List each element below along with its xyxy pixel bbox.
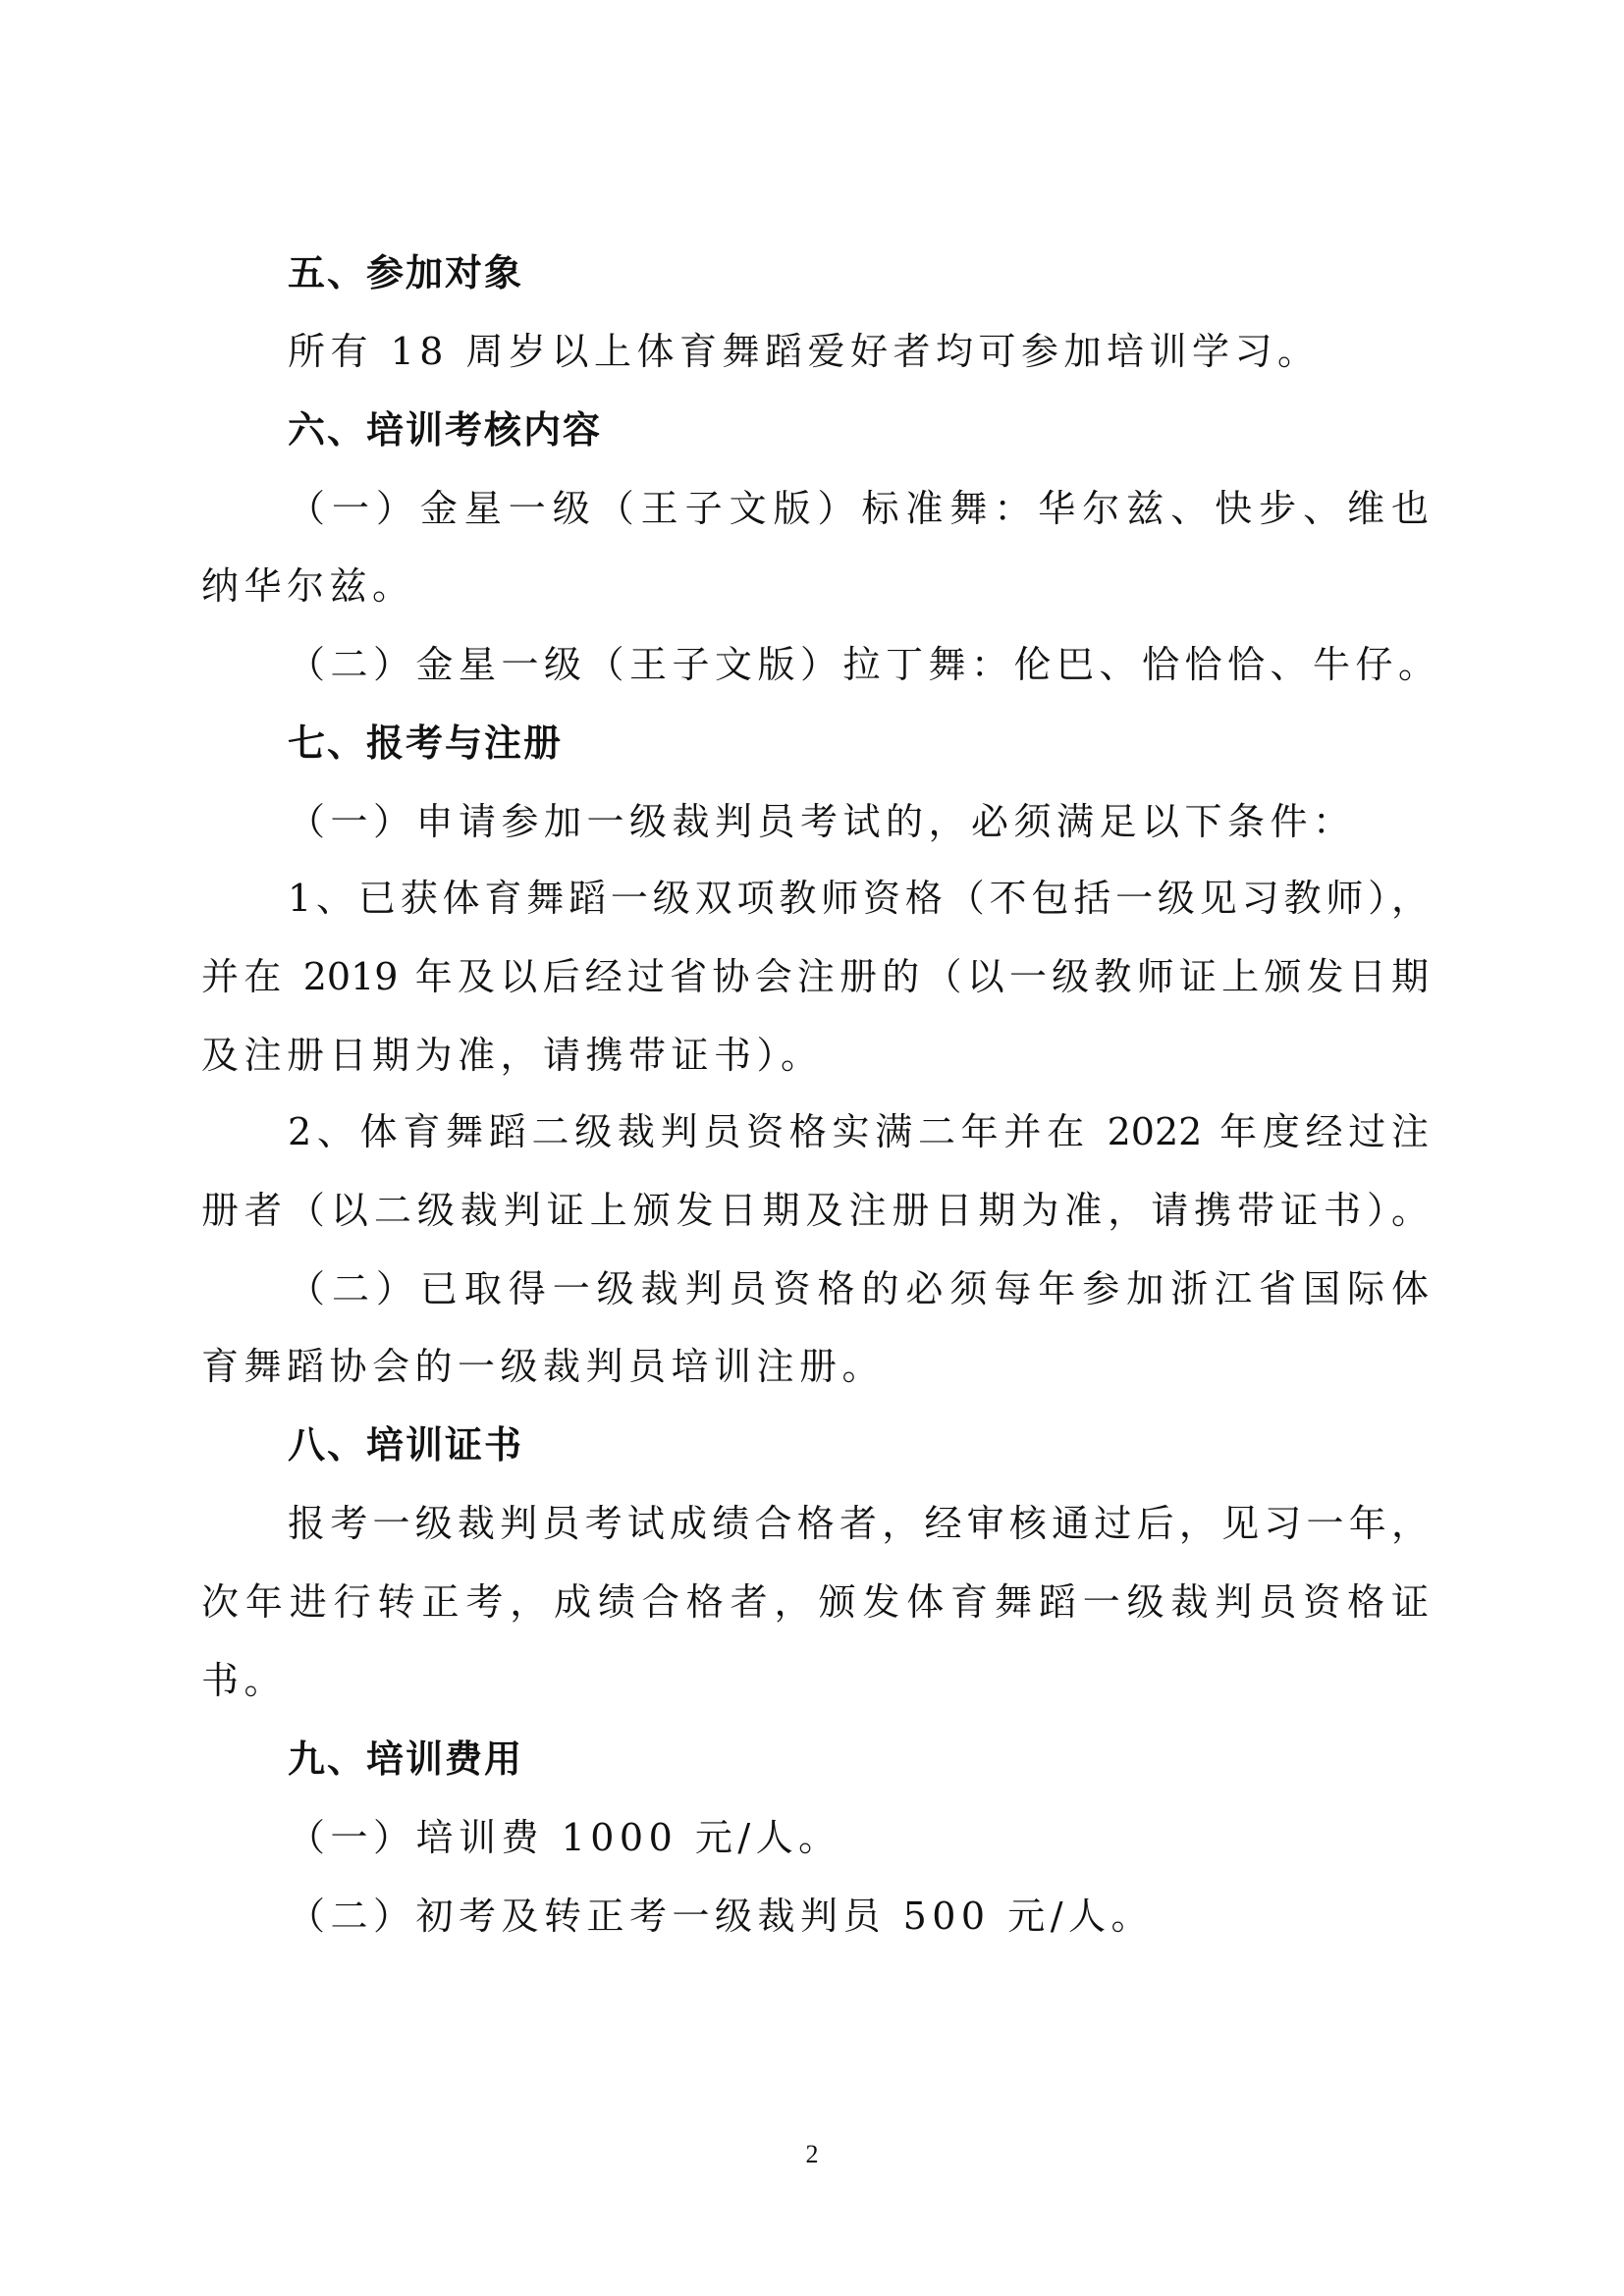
- paragraph-line: 2、体育舞蹈二级裁判员资格实满二年并在 2022 年度经过注: [288, 1107, 1429, 1156]
- paragraph-line: （一）金星一级（王子文版）标准舞：华尔兹、快步、维也: [288, 484, 1429, 533]
- paragraph-line: （一）申请参加一级裁判员考试的，必须满足以下条件：: [288, 797, 1515, 846]
- paragraph-line: 所有 18 周岁以上体育舞蹈爱好者均可参加培训学习。: [288, 327, 1515, 376]
- paragraph-line: 1、已获体育舞蹈一级双项教师资格（不包括一级见习教师），: [288, 874, 1429, 923]
- section-heading-fees: 九、培训费用: [288, 1735, 1515, 1784]
- paragraph-line: （二）已取得一级裁判员资格的必须每年参加浙江省国际体: [288, 1264, 1429, 1313]
- page-number: 2: [0, 2140, 1624, 2169]
- paragraph-line: （二）初考及转正考一级裁判员 500 元/人。: [288, 1892, 1515, 1941]
- section-heading-certificate: 八、培训证书: [288, 1420, 1515, 1469]
- paragraph-line: （二）金星一级（王子文版）拉丁舞：伦巴、恰恰恰、牛仔。: [288, 640, 1515, 689]
- document-page: 五、参加对象 所有 18 周岁以上体育舞蹈爱好者均可参加培训学习。 六、培训考核…: [0, 0, 1624, 2296]
- paragraph-line: 并在 2019 年及以后经过省协会注册的（以一级教师证上颁发日期: [201, 952, 1429, 1001]
- paragraph-line: 书。: [201, 1656, 1429, 1705]
- paragraph-line: （一）培训费 1000 元/人。: [288, 1813, 1515, 1862]
- paragraph-line: 报考一级裁判员考试成绩合格者，经审核通过后，见习一年，: [288, 1499, 1429, 1548]
- section-heading-participants: 五、参加对象: [288, 248, 1515, 297]
- paragraph-line: 次年进行转正考，成绩合格者，颁发体育舞蹈一级裁判员资格证: [201, 1577, 1429, 1627]
- paragraph-line: 纳华尔兹。: [201, 561, 1429, 611]
- paragraph-line: 育舞蹈协会的一级裁判员培训注册。: [201, 1342, 1429, 1391]
- paragraph-line: 及注册日期为准，请携带证书）。: [201, 1031, 1429, 1080]
- section-heading-training-content: 六、培训考核内容: [288, 405, 1515, 454]
- section-heading-registration: 七、报考与注册: [288, 719, 1515, 768]
- paragraph-line: 册者（以二级裁判证上颁发日期及注册日期为准，请携带证书）。: [201, 1186, 1429, 1235]
